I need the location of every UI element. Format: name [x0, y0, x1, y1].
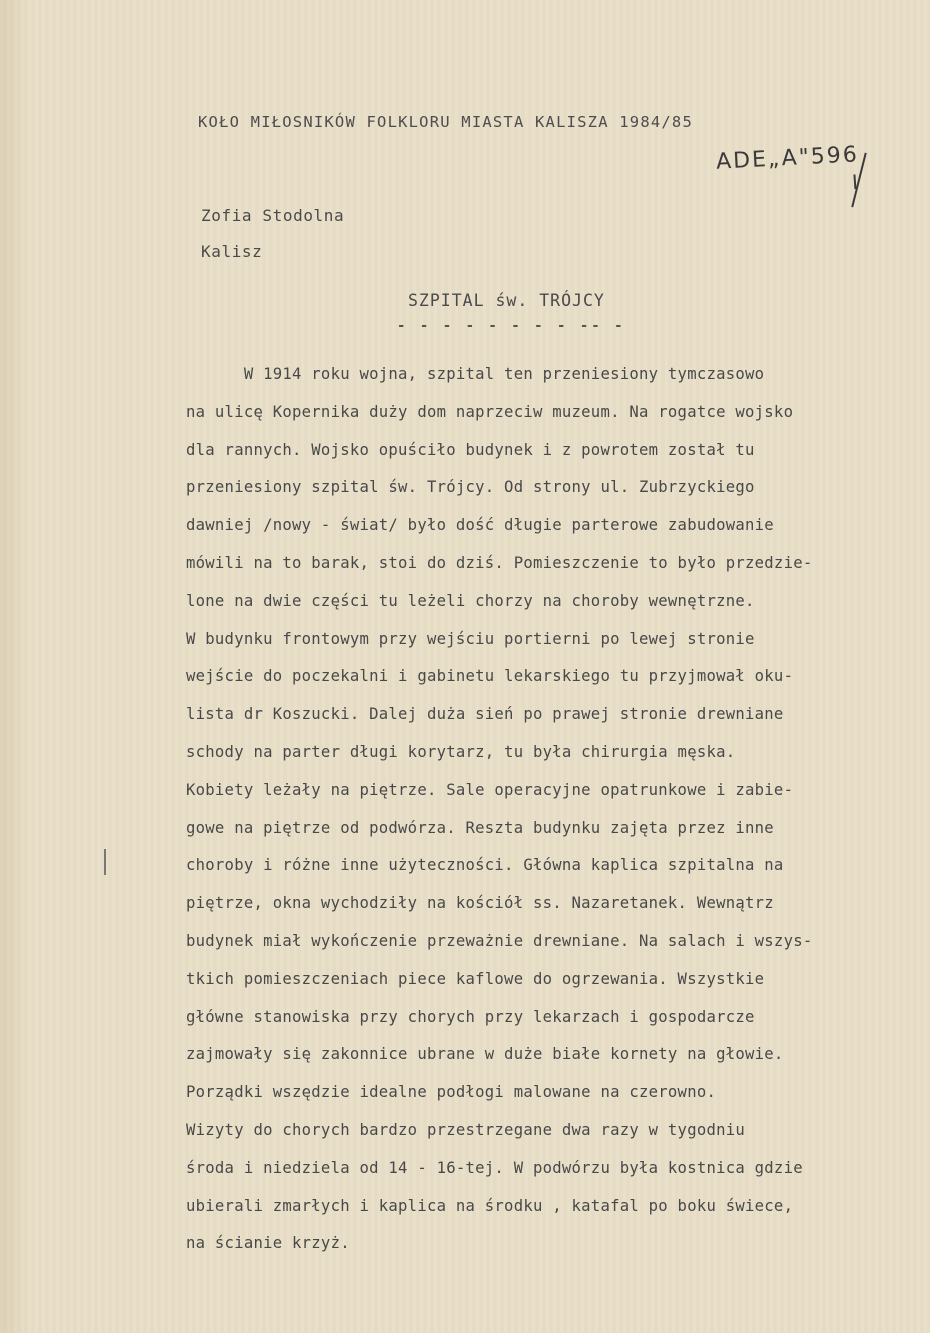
- body-line: lone na dwie części tu leżeli chorzy na …: [186, 583, 930, 621]
- body-line: choroby i różne inne użyteczności. Główn…: [186, 847, 930, 885]
- author-city: Kalisz: [201, 234, 344, 270]
- archive-signature-sub: I: [851, 170, 859, 194]
- body-line: W 1914 roku wojna, szpital ten przeniesi…: [186, 356, 930, 394]
- title-underline: - - - - - - - - -- -: [397, 318, 626, 334]
- body-line: przeniesiony szpital św. Trójcy. Od stro…: [186, 469, 930, 507]
- typewritten-page: KOŁO MIŁOSNIKÓW FOLKLORU MIASTA KALISZA …: [0, 0, 930, 1333]
- author-block: Zofia Stodolna Kalisz: [201, 198, 344, 270]
- body-text: W 1914 roku wojna, szpital ten przeniesi…: [186, 356, 930, 1263]
- body-line: ubierali zmarłych i kaplica na środku , …: [186, 1188, 930, 1226]
- body-line: środa i niedziela od 14 - 16-tej. W podw…: [186, 1150, 930, 1188]
- body-line: zajmowały się zakonnice ubrane w duże bi…: [186, 1036, 930, 1074]
- body-line: tkich pomieszczeniach piece kaflowe do o…: [186, 961, 930, 999]
- body-line: wejście do poczekalni i gabinetu lekarsk…: [186, 658, 930, 696]
- body-line: dla rannych. Wojsko opuściło budynek i z…: [186, 432, 930, 470]
- body-line: mówili na to barak, stoi do dziś. Pomies…: [186, 545, 930, 583]
- body-line: na ścianie krzyż.: [186, 1225, 930, 1263]
- body-line: W budynku frontowym przy wejściu portier…: [186, 621, 930, 659]
- archive-signature: ADE„A"596: [715, 142, 859, 174]
- body-line: lista dr Koszucki. Dalej duża sień po pr…: [186, 696, 930, 734]
- document-title: SZPITAL św. TRÓJCY: [408, 291, 605, 310]
- body-line: na ulicę Kopernika duży dom naprzeciw mu…: [186, 394, 930, 432]
- body-line: schody na parter długi korytarz, tu była…: [186, 734, 930, 772]
- body-line: główne stanowiska przy chorych przy leka…: [186, 999, 930, 1037]
- organization-header: KOŁO MIŁOSNIKÓW FOLKLORU MIASTA KALISZA …: [198, 113, 693, 131]
- body-line: gowe na piętrze od podwórza. Reszta budy…: [186, 810, 930, 848]
- author-name: Zofia Stodolna: [201, 198, 344, 234]
- margin-pencil-mark: [104, 849, 106, 875]
- body-line: piętrze, okna wychodziły na kościół ss. …: [186, 885, 930, 923]
- body-line: Porządki wszędzie idealne podłogi malowa…: [186, 1074, 930, 1112]
- body-line: dawniej /nowy - świat/ było dość długie …: [186, 507, 930, 545]
- body-line: Kobiety leżały na piętrze. Sale operacyj…: [186, 772, 930, 810]
- body-line: Wizyty do chorych bardzo przestrzegane d…: [186, 1112, 930, 1150]
- body-line: budynek miał wykończenie przeważnie drew…: [186, 923, 930, 961]
